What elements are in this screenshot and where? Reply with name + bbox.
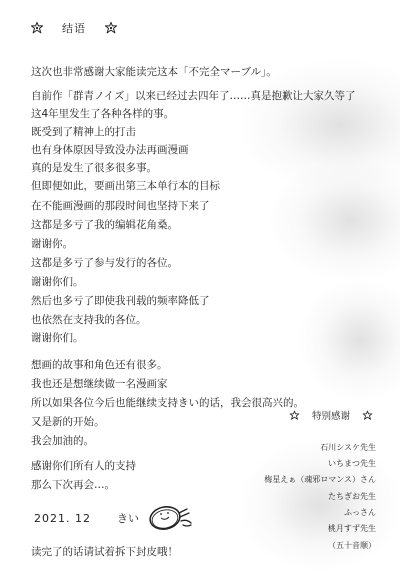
scan-shade — [270, 160, 400, 280]
credit-item: いちまつ先生 — [328, 458, 376, 469]
special-thanks-title: 特别感谢 — [312, 408, 350, 422]
body-line: 这都是多亏了参与发行的各位。 — [31, 254, 178, 272]
special-thanks-header: 特别感谢 — [262, 408, 400, 422]
body-line: 这都是多亏了我的编辑花角桑。 — [31, 216, 178, 234]
credit-item: 石川シスケ先生 — [320, 442, 376, 453]
flower-icon — [104, 21, 118, 35]
body-line: 感谢你们所有人的支持 — [31, 457, 136, 475]
body-line: 在不能画漫画的那段时间也坚持下来了 — [31, 197, 210, 215]
body-line: 谢谢你。 — [31, 235, 73, 253]
body-line: 既受到了精神上的打击 — [31, 123, 136, 141]
body-line: 谢谢你们。 — [31, 329, 84, 347]
page-title: 结语 — [62, 20, 86, 36]
credit-item: 梅星えぁ（魂邪ロマンス）さん — [264, 474, 376, 485]
afterword-header: 结语 — [30, 18, 118, 38]
flower-icon — [30, 21, 44, 35]
body-line: 真的是发生了很多很多事。 — [31, 159, 157, 177]
body-line: 那么下次再会…。 — [31, 476, 115, 494]
body-line: 我也还是想继续做一名漫画家 — [31, 375, 168, 393]
credit-item: ふっさん — [344, 507, 376, 518]
body-line: 但即便如此，要画出第三本单行本的目标 — [31, 177, 220, 195]
body-line: 又是新的开始。 — [31, 413, 105, 431]
author-name: きい — [117, 510, 139, 526]
signature-date: 2021. 12 — [34, 512, 91, 525]
credit-item: たちぎお先生 — [328, 491, 376, 502]
credit-item: 桃月すず先生 — [328, 523, 376, 534]
scan-shade — [300, 280, 400, 400]
body-line: 想画的故事和角色还有很多。 — [31, 356, 168, 374]
footer-note: 读完了的话请试着拆下封皮哦！ — [31, 544, 178, 559]
body-line: 谢谢你们。 — [31, 273, 84, 291]
scan-shade — [240, 440, 400, 570]
signature: 2021. 12 きい — [34, 503, 195, 533]
smiley-doodle-icon — [147, 503, 195, 533]
body-line: 我会加油的。 — [31, 432, 94, 450]
body-line: 也有身体原因导致没办法再画漫画 — [31, 141, 189, 159]
body-line: 这次也非常感谢大家能读完这本「不完全マーブル」。 — [31, 63, 277, 81]
body-line: 自前作「群青ノイズ」以来已经过去四年了……真是抱歉让大家久等了 — [31, 87, 355, 105]
body-line: 然后也多亏了即使我刊载的频率降低了 — [31, 292, 210, 310]
flower-icon — [289, 410, 300, 421]
body-line: 也依然在支持我的各位。 — [31, 311, 147, 329]
flower-icon — [362, 410, 373, 421]
body-line: 这4年里发生了各种各样的事。 — [31, 105, 174, 123]
credit-item: （五十音顺） — [328, 540, 376, 551]
